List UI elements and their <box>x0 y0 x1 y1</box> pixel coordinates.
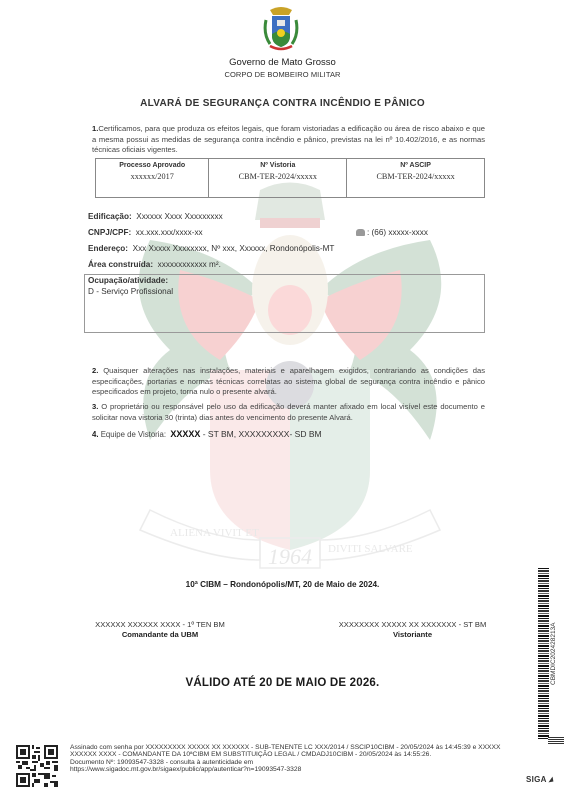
header-vistoria: Nº Vistoria <box>209 159 347 171</box>
clause-3: 3. O proprietário ou responsável pelo us… <box>92 402 485 423</box>
ocupacao-box: Ocupação/atividade: D - Serviço Profissi… <box>84 274 485 333</box>
watermark-motto-right: DIVITI SALVARE <box>328 543 413 555</box>
signature-inspector: XXXXXXXX XXXXX XX XXXXXXX - ST BM Vistor… <box>290 620 535 640</box>
siga-logo: SIGA <box>526 775 553 784</box>
validity-statement: VÁLIDO ATÉ 20 DE MAIO DE 2026. <box>0 677 565 689</box>
arrow-icon <box>547 777 553 783</box>
header-processo: Processo Aprovado <box>96 159 209 171</box>
barcode-stub-icon <box>548 737 564 745</box>
field-edificacao: Edificação: Xxxxxx Xxxx Xxxxxxxxx <box>88 212 223 221</box>
value-ascip: CBM-TER-2024/xxxxx <box>347 170 485 198</box>
document-title: ALVARÁ DE SEGURANÇA CONTRA INCÊNDIO E PÂ… <box>0 98 565 109</box>
barcode-text: CBMDIC202428213A <box>550 622 557 685</box>
clause-2: 2. Quaisquer alterações nas instalações,… <box>92 366 485 398</box>
vertical-barcode <box>538 568 549 740</box>
process-table: Processo Aprovado Nº Vistoria Nº ASCIP x… <box>95 158 485 198</box>
value-vistoria: CBM-TER-2024/xxxxx <box>209 170 347 198</box>
department-name: CORPO DE BOMBEIRO MILITAR <box>0 70 565 79</box>
field-cnpj: CNPJ/CPF: xx.xxx.xxx/xxxx-xx <box>88 228 203 237</box>
electronic-signature-footer: Assinado com senha por XXXXXXXXX XXXXX X… <box>70 744 525 774</box>
phone-icon <box>356 229 365 236</box>
field-endereco: Endereço: Xxx Xxxxx Xxxxxxxx, Nº xxx, Xx… <box>88 244 334 253</box>
watermark-motto-left: ALIENA VIVIT ET <box>170 527 259 539</box>
mato-grosso-crest-icon <box>262 6 300 54</box>
ocupacao-value: D - Serviço Profissional <box>88 286 481 297</box>
clause-4: 4. Equipe de Vistoria: XXXXX - ST BM, XX… <box>92 429 485 441</box>
qr-code-icon[interactable] <box>16 744 58 788</box>
clause-1: 1.Certificamos, para que produza os efei… <box>92 124 485 156</box>
government-name: Governo de Mato Grosso <box>0 57 565 68</box>
watermark-year: 1964 <box>268 544 312 569</box>
field-phone: : (66) xxxxx-xxxx <box>356 228 428 237</box>
header-ascip: Nº ASCIP <box>347 159 485 171</box>
authentication-link[interactable]: https://www.sigadoc.mt.gov.br/sigaex/pub… <box>70 766 525 773</box>
signature-commander: XXXXXX XXXXXX XXXX - 1º TEN BM Comandant… <box>50 620 270 640</box>
ocupacao-label: Ocupação/atividade: <box>88 275 481 286</box>
field-area: Área construída: xxxxxxxxxxxx m². <box>88 260 221 269</box>
place-date: 10ª CIBM – Rondonópolis/MT, 20 de Maio d… <box>0 580 565 589</box>
value-processo: xxxxxx/2017 <box>96 170 209 198</box>
